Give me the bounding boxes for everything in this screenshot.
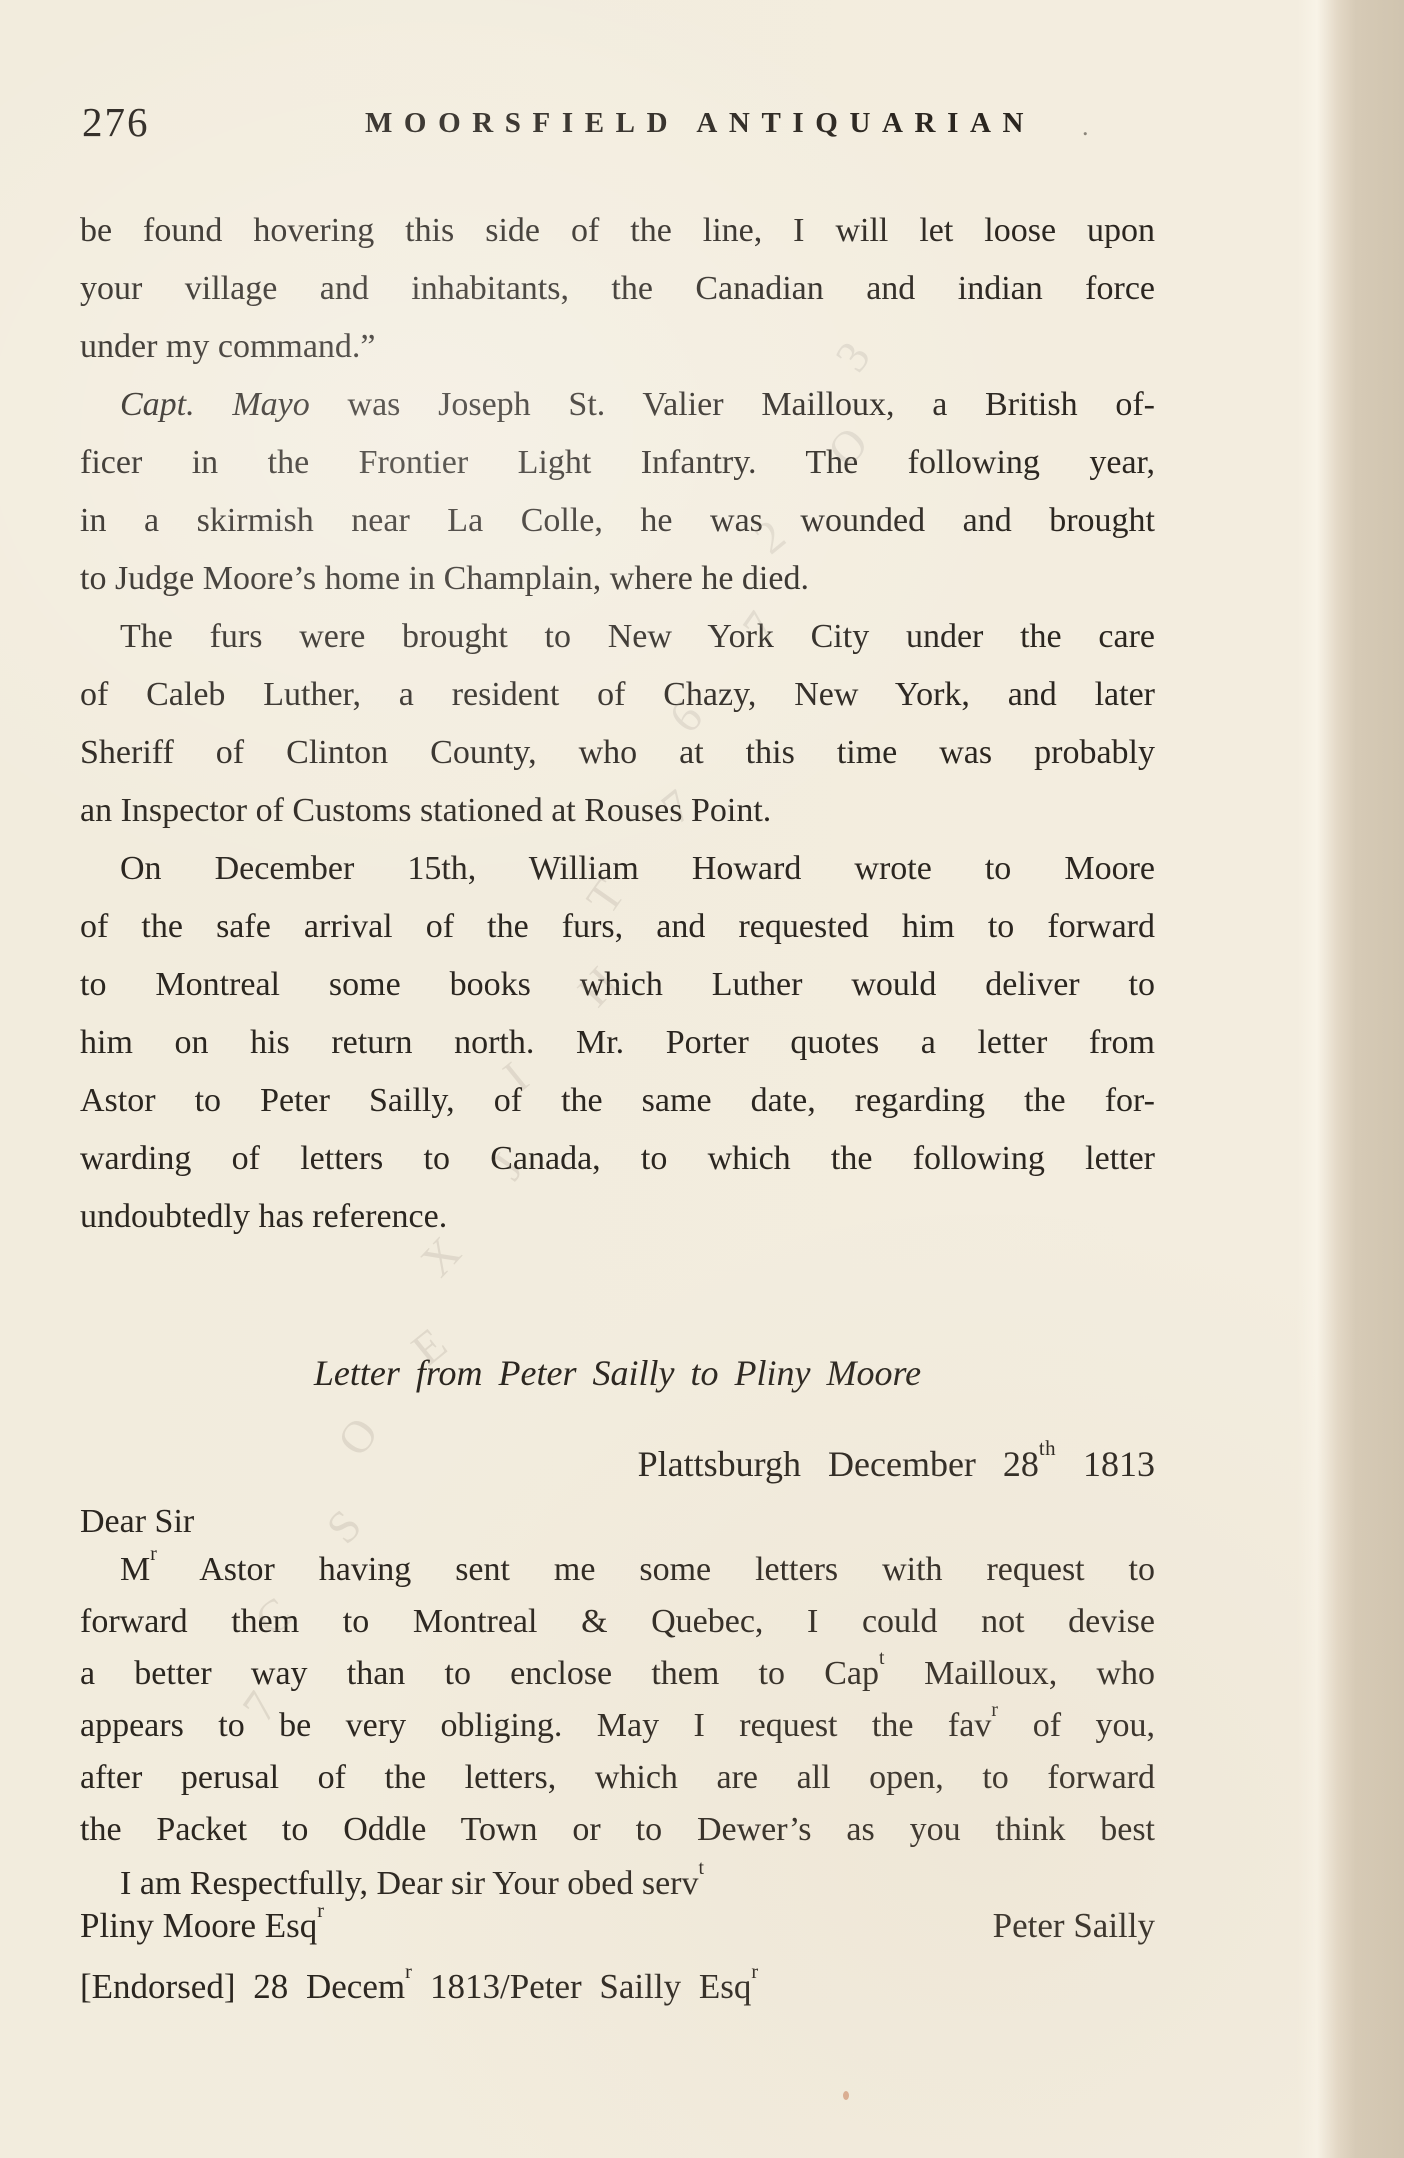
page-number: 276	[82, 98, 150, 146]
letter-salutation: Dear Sir	[80, 1496, 1155, 1548]
running-title: MOORSFIELD ANTIQUARIAN	[365, 107, 1035, 140]
text-segment: Astor having sent me some letters with r…	[157, 1551, 1155, 1588]
text-segment: be found hovering this side of the line,…	[80, 212, 1155, 249]
letter-heading: Letter from Peter Sailly to Pliny Moore	[80, 1344, 1155, 1402]
text-segment: Mailloux, who	[885, 1655, 1155, 1692]
text-line: be found hovering this side of the line,…	[80, 202, 1155, 260]
letter-addressee: Pliny Moore Esqr	[80, 1900, 324, 1952]
letter-line: after perusal of the letters, which are …	[80, 1752, 1155, 1804]
text-segment: in a skirmish near La Colle, he was woun…	[80, 502, 1155, 539]
text-segment: ficer in the Frontier Light Infantry. Th…	[80, 444, 1155, 481]
letter-signature: Peter Sailly	[993, 1900, 1155, 1952]
text-segment: forward them to Montreal & Quebec, I cou…	[80, 1603, 1155, 1640]
text-segment: of the safe arrival of the furs, and req…	[80, 908, 1155, 945]
text-segment: th	[1039, 1436, 1056, 1460]
text-segment: On December 15th, William Howard wrote t…	[120, 850, 1155, 887]
letter-line: Mr Astor having sent me some letters wit…	[80, 1544, 1155, 1596]
text-segment: him on his return north. Mr. Porter quot…	[80, 1024, 1155, 1061]
text-segment: undoubtedly has reference.	[80, 1198, 447, 1235]
text-segment: M	[120, 1551, 150, 1588]
text-segment: the Packet to Oddle Town or to Dewer’s a…	[80, 1811, 1155, 1848]
text-segment: The furs were brought to New York City u…	[120, 618, 1155, 655]
text-line: of Caleb Luther, a resident of Chazy, Ne…	[80, 666, 1155, 724]
text-segment: r	[751, 1961, 758, 1983]
text-segment: Plattsburgh December 28	[638, 1444, 1039, 1484]
text-segment: to Montreal some books which Luther woul…	[80, 966, 1155, 1003]
text-line: him on his return north. Mr. Porter quot…	[80, 1014, 1155, 1072]
text-line: On December 15th, William Howard wrote t…	[80, 840, 1155, 898]
text-line: ficer in the Frontier Light Infantry. Th…	[80, 434, 1155, 492]
letter-line: a better way than to enclose them to Cap…	[80, 1648, 1155, 1700]
text-segment: 1813	[1056, 1444, 1155, 1484]
text-segment: was Joseph St. Valier Mailloux, a Britis…	[310, 386, 1155, 423]
text-segment: r	[317, 1900, 324, 1922]
text-line: undoubtedly has reference.	[80, 1188, 1155, 1246]
text-segment: an Inspector of Customs stationed at Rou…	[80, 792, 771, 829]
letter-line: appears to be very obliging. May I reque…	[80, 1700, 1155, 1752]
letter-dateline: Plattsburgh December 28th 1813	[80, 1438, 1155, 1490]
text-line: under my command.”	[80, 318, 1155, 376]
text-segment: r	[405, 1961, 412, 1983]
stray-ink-mark: .	[1082, 112, 1089, 142]
signature-row: Pliny Moore Esqr Peter Sailly	[80, 1900, 1155, 1952]
text-segment: after perusal of the letters, which are …	[80, 1759, 1155, 1796]
text-segment: of Caleb Luther, a resident of Chazy, Ne…	[80, 676, 1155, 713]
letter-body: Mr Astor having sent me some letters wit…	[80, 1544, 1155, 1856]
text-line: your village and inhabitants, the Canadi…	[80, 260, 1155, 318]
text-line: to Montreal some books which Luther woul…	[80, 956, 1155, 1014]
text-segment: to Judge Moore’s home in Champlain, wher…	[80, 560, 809, 597]
text-line: Astor to Peter Sailly, of the same date,…	[80, 1072, 1155, 1130]
page-header: 276 MOORSFIELD ANTIQUARIAN .	[0, 0, 1404, 170]
text-segment: your village and inhabitants, the Canadi…	[80, 270, 1155, 307]
text-line: an Inspector of Customs stationed at Rou…	[80, 782, 1155, 840]
text-line: warding of letters to Canada, to which t…	[80, 1130, 1155, 1188]
letter-line: forward them to Montreal & Quebec, I cou…	[80, 1596, 1155, 1648]
body-text: be found hovering this side of the line,…	[80, 202, 1155, 1246]
book-page: 276 MOORSFIELD ANTIQUARIAN . be found ho…	[0, 0, 1404, 2158]
text-segment: Pliny Moore Esq	[80, 1906, 317, 1945]
text-segment: warding of letters to Canada, to which t…	[80, 1140, 1155, 1177]
text-segment: Sheriff of Clinton County, who at this t…	[80, 734, 1155, 771]
text-segment: of you,	[998, 1707, 1155, 1744]
text-line: The furs were brought to New York City u…	[80, 608, 1155, 666]
text-segment: under my command.”	[80, 328, 376, 365]
text-segment: appears to be very obliging. May I reque…	[80, 1707, 991, 1744]
text-line: of the safe arrival of the furs, and req…	[80, 898, 1155, 956]
text-segment: r	[150, 1543, 157, 1565]
text-segment: r	[991, 1699, 998, 1721]
text-segment: 1813/Peter Sailly Esq	[412, 1967, 751, 2006]
letter-line: the Packet to Oddle Town or to Dewer’s a…	[80, 1804, 1155, 1856]
letter-endorsement: [Endorsed] 28 Decemr 1813/Peter Sailly E…	[80, 1960, 1155, 2014]
text-line: Capt. Mayo was Joseph St. Valier Maillou…	[80, 376, 1155, 434]
text-segment: [Endorsed] 28 Decem	[80, 1967, 405, 2006]
text-segment: Capt. Mayo	[120, 386, 310, 423]
text-line: Sheriff of Clinton County, who at this t…	[80, 724, 1155, 782]
text-line: in a skirmish near La Colle, he was woun…	[80, 492, 1155, 550]
paper-speck	[843, 2091, 849, 2100]
text-segment: t	[699, 1857, 705, 1879]
text-segment: a better way than to enclose them to Cap	[80, 1655, 879, 1692]
text-segment: t	[879, 1647, 885, 1669]
text-segment: I am Respectfully, Dear sir Your obed se…	[120, 1865, 699, 1902]
text-segment: Astor to Peter Sailly, of the same date,…	[80, 1082, 1155, 1119]
text-line: to Judge Moore’s home in Champlain, wher…	[80, 550, 1155, 608]
